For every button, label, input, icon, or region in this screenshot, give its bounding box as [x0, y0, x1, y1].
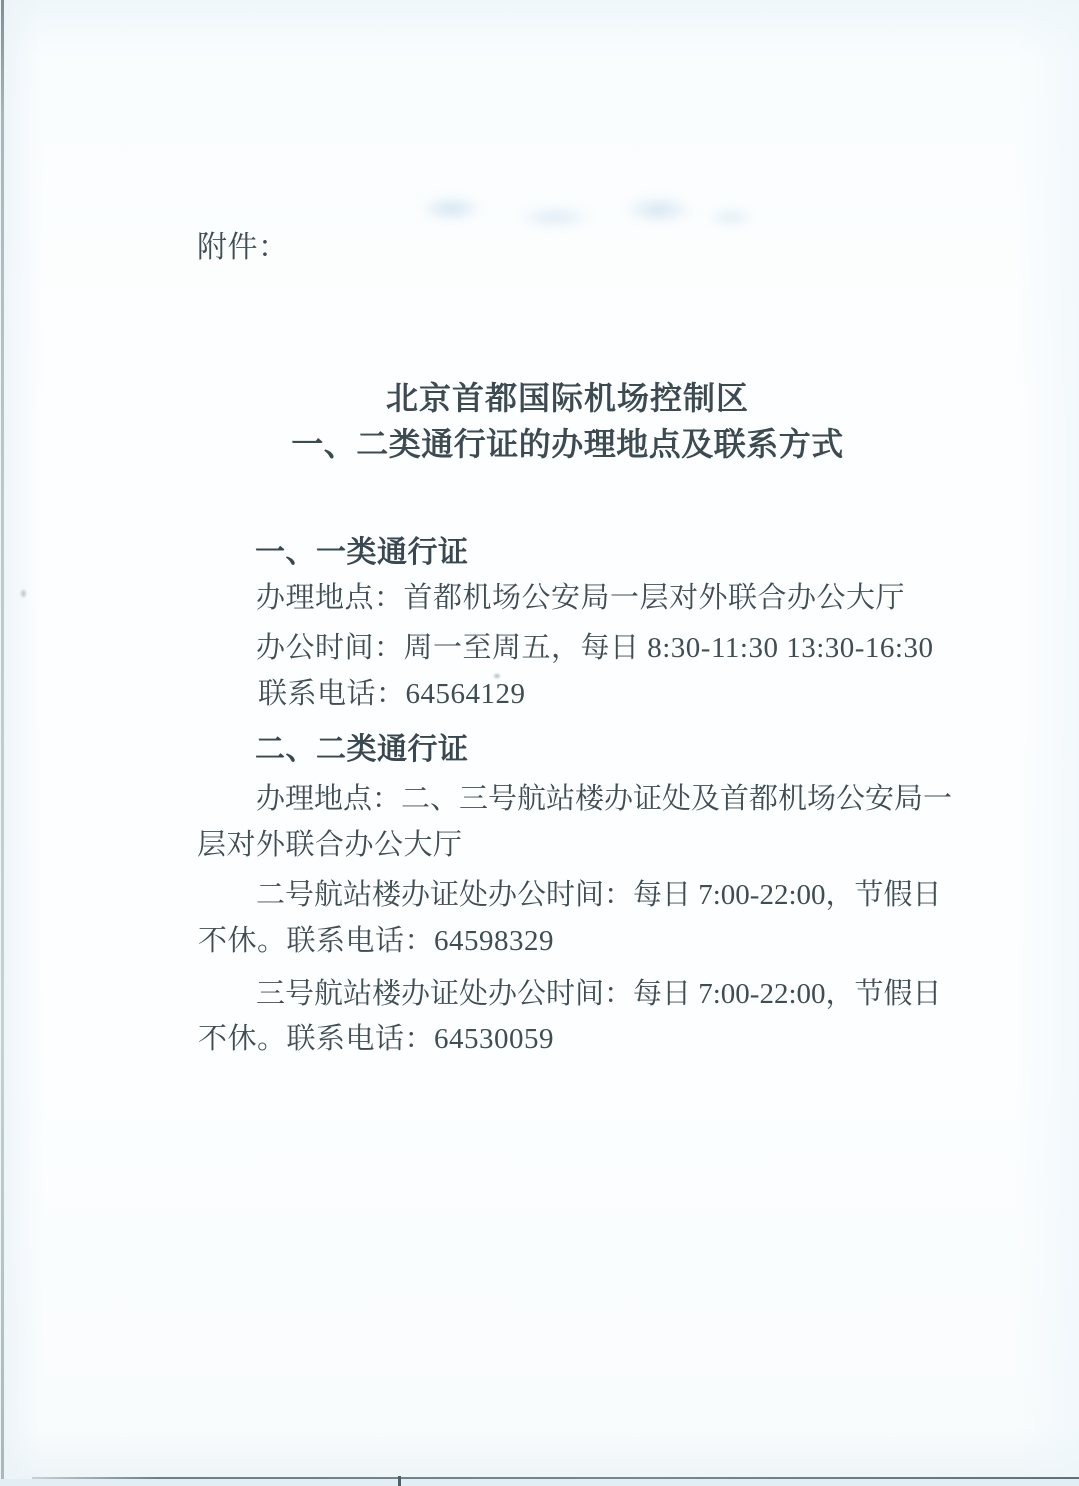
ink-bleedthrough-smudge: [410, 186, 755, 240]
scan-bottom-tick: [398, 1476, 401, 1486]
section2-t3-hours-line: 三号航站楼办证处办公时间：每日 7:00-22:00，节假日: [256, 977, 942, 1012]
section2-location-line1: 办理地点：二、三号航站楼办证处及首都机场公安局一: [256, 782, 952, 817]
section2-location-line2: 层对外联合办公大厅: [197, 828, 463, 863]
section1-hours-line: 办公时间：周一至周五，每日 8:30-11:30 13:30-16:30: [256, 631, 933, 666]
section1-phone-line: 联系电话：64564129: [258, 677, 526, 712]
section2-heading: 二、二类通行证: [255, 732, 469, 767]
section2-t2-phone-line: 不休。联系电话：64598329: [198, 924, 554, 959]
section1-location-line: 办理地点：首都机场公安局一层对外联合办公大厅: [256, 581, 905, 616]
section1-heading: 一、一类通行证: [255, 535, 469, 570]
scan-bottom-strip: [0, 1479, 1079, 1486]
section2-t2-hours-line: 二号航站楼办证处办公时间：每日 7:00-22:00，节假日: [256, 878, 942, 913]
document-title-line1: 北京首都国际机场控制区: [56, 378, 1079, 418]
scan-speck: [21, 590, 26, 597]
scanned-document-page: 附件： 北京首都国际机场控制区 一、二类通行证的办理地点及联系方式 一、一类通行…: [0, 0, 1079, 1486]
section2-t3-phone-line: 不休。联系电话：64530059: [198, 1022, 554, 1057]
scan-left-edge-shadow: [1, 0, 4, 1479]
document-title-line2: 一、二类通行证的办理地点及联系方式: [56, 424, 1079, 464]
attachment-label: 附件：: [197, 230, 289, 265]
